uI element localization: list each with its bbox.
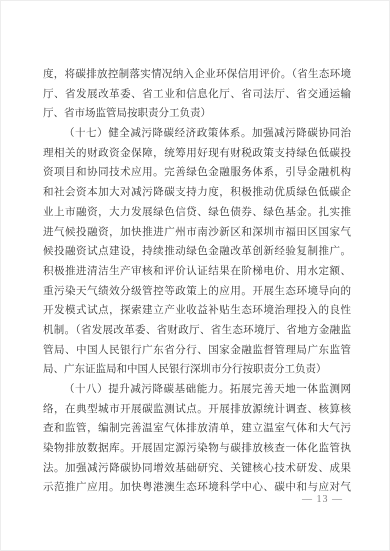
document-body: 度，将碳排放控制落实情况纳入企业环保信用评价。（省生态环境厅、省发展改革委、省工… bbox=[43, 65, 351, 498]
text-line: 和社会资本加大对减污降碳支持力度，积极推动优质绿色低碳企 bbox=[43, 183, 351, 203]
text-line: 候投融资试点建设，持续推动绿色金融改革创新经验复制推广。 bbox=[43, 242, 351, 262]
text-line: （十七）健全减污降碳经济政策体系。加强减污降碳协同治 bbox=[43, 124, 351, 144]
text-line: 重污染天气绩效分级管控等政策上的应用。开展生态环境导向的 bbox=[43, 282, 351, 302]
text-line: 机制。（省发展改革委、省财政厅、省生态环境厅、省地方金融监 bbox=[43, 321, 351, 341]
text-line: 开发模式试点，探索建立产业收益补贴生态环境治理投入的良性 bbox=[43, 301, 351, 321]
text-line: 厅、省发展改革委、省工业和信息化厅、省司法厅、省交通运输 bbox=[43, 85, 351, 105]
text-line: 业上市融资，大力发展绿色信贷、绿色债券、绿色基金。扎实推 bbox=[43, 203, 351, 223]
text-line: 积极推进清洁生产审核和评价认证结果在阶梯电价、用水定额、 bbox=[43, 262, 351, 282]
text-line: 局、广东证监局和中国人民银行深圳市分行按职责分工负责） bbox=[43, 360, 351, 380]
text-line: 进气候投融资，加快推进广州市南沙新区和深圳市福田区国家气 bbox=[43, 223, 351, 243]
text-line: 查和监管，编制完善温室气体排放清单，建立温室气体和大气污 bbox=[43, 419, 351, 439]
page-number: — 13 — bbox=[302, 493, 343, 507]
text-line: 染物排放数据库。开展固定源污染物与碳排放核查一体化监管执 bbox=[43, 439, 351, 459]
text-line: 络，在典型城市开展碳监测试点。开展排放源统计调查、核算核 bbox=[43, 400, 351, 420]
text-line: 法。加强减污降碳协同增效基础研究、关键核心技术研发、成果 bbox=[43, 459, 351, 479]
document-page: 度，将碳排放控制落实情况纳入企业环保信用评价。（省生态环境厅、省发展改革委、省工… bbox=[0, 0, 390, 551]
text-line: 度，将碳排放控制落实情况纳入企业环保信用评价。（省生态环境 bbox=[43, 65, 351, 85]
text-line: 理相关的财政资金保障，统筹用好现有财税政策支持绿色低碳投 bbox=[43, 144, 351, 164]
text-line: （十八）提升减污降碳基础能力。拓展完善天地一体监测网 bbox=[43, 380, 351, 400]
text-line: 管局、中国人民银行广东省分行、国家金融监督管理局广东监管 bbox=[43, 341, 351, 361]
text-line: 资项目和协同技术应用。完善绿色金融服务体系，引导金融机构 bbox=[43, 163, 351, 183]
text-line: 厅、省市场监管局按职责分工负责） bbox=[43, 104, 351, 124]
